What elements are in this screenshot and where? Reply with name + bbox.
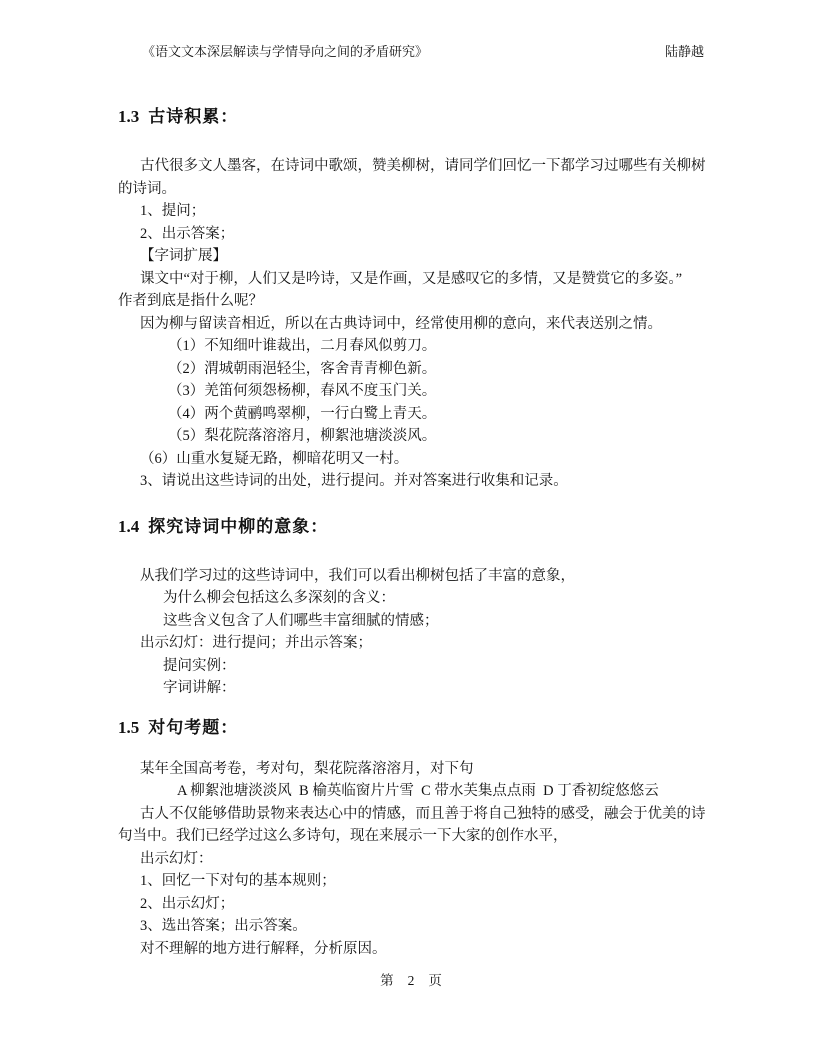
- section-1-5-body: 某年全国高考卷，考对句，梨花院落溶溶月，对下句 A 柳絮池塘淡淡风 B 榆英临窗…: [118, 758, 704, 961]
- section-heading-1-4: 1.4探究诗词中柳的意象：: [118, 516, 704, 538]
- text-line: 古人不仅能够借助景物来表达心中的情感，而且善于将自己独特的感受，融会于优美的诗: [118, 803, 704, 826]
- text-line: 2、出示答案；: [118, 223, 704, 246]
- text-line: 1、提问；: [118, 200, 704, 223]
- poem-line: （4）两个黄鹂鸣翠柳，一行白鹭上青天。: [118, 403, 704, 426]
- text-line: 从我们学习过的这些诗词中，我们可以看出柳树包括了丰富的意象，: [118, 565, 704, 588]
- poem-line: （3）羌笛何须怨杨柳，春风不度玉门关。: [118, 380, 704, 403]
- text-line: 出示幻灯：进行提问；并出示答案；: [118, 632, 704, 655]
- text-line: 字词讲解：: [118, 677, 704, 700]
- section-number: 1.3: [118, 107, 139, 126]
- poem-line: （2）渭城朝雨浥轻尘，客舍青青柳色新。: [118, 358, 704, 381]
- poem-line: （5）梨花院落溶溶月，柳絮池塘淡淡风。: [118, 425, 704, 448]
- poem-line: （6）山重水复疑无路，柳暗花明又一村。: [118, 448, 704, 471]
- text-line: 出示幻灯：: [118, 848, 704, 871]
- text-line: 2、出示幻灯；: [118, 893, 704, 916]
- text-line: 因为柳与留读音相近，所以在古典诗词中，经常使用柳的意向，来代表送别之情。: [118, 313, 704, 336]
- header-author: 陆静越: [665, 44, 704, 59]
- text-line: 1、回忆一下对句的基本规则；: [118, 870, 704, 893]
- text-line: 3、请说出这些诗词的出处，进行提问。并对答案进行收集和记录。: [118, 470, 704, 493]
- section-number: 1.4: [118, 517, 139, 536]
- text-line: 古代很多文人墨客，在诗词中歌颂，赞美柳树，请同学们回忆一下都学习过哪些有关柳树: [118, 155, 704, 178]
- section-1-4-body: 从我们学习过的这些诗词中，我们可以看出柳树包括了丰富的意象， 为什么柳会包括这么…: [118, 565, 704, 700]
- section-1-3-body: 古代很多文人墨客，在诗词中歌颂，赞美柳树，请同学们回忆一下都学习过哪些有关柳树 …: [118, 155, 704, 493]
- section-title: 对句考题：: [148, 718, 238, 737]
- section-heading-1-3: 1.3古诗积累：: [118, 106, 704, 128]
- section-title: 探究诗词中柳的意象：: [148, 517, 328, 536]
- page-number: 2: [408, 973, 415, 988]
- section-heading-1-5: 1.5对句考题：: [118, 717, 704, 739]
- section-title: 古诗积累：: [148, 107, 238, 126]
- text-line: 的诗词。: [118, 178, 704, 201]
- page-header: 《语文文本深层解读与学情导向之间的矛盾研究》 陆静越: [118, 44, 704, 59]
- choice-options-line: A 柳絮池塘淡淡风 B 榆英临窗片片雪 C 带水芙集点点雨 D 丁香初绽悠悠云: [118, 780, 704, 803]
- text-line: 句当中。我们已经学过这么多诗句，现在来展示一下大家的创作水平，: [118, 825, 704, 848]
- text-line: 3、选出答案；出示答案。: [118, 915, 704, 938]
- text-line: 这些含义包含了人们哪些丰富细腻的情感；: [118, 610, 704, 633]
- footer-suffix: 页: [428, 973, 442, 988]
- text-line: 某年全国高考卷，考对句，梨花院落溶溶月，对下句: [118, 758, 704, 781]
- text-line: 课文中“对于柳，人们又是吟诗，又是作画，又是感叹它的多情，又是赞赏它的多姿。”: [118, 268, 704, 291]
- section-number: 1.5: [118, 718, 139, 737]
- text-line: 提问实例：: [118, 655, 704, 678]
- header-title: 《语文文本深层解读与学情导向之间的矛盾研究》: [142, 44, 428, 59]
- text-line: 作者到底是指什么呢？: [118, 290, 704, 313]
- document-page: 《语文文本深层解读与学情导向之间的矛盾研究》 陆静越 1.3古诗积累： 古代很多…: [0, 0, 816, 1056]
- poem-line: （1）不知细叶谁裁出，二月春风似剪刀。: [118, 335, 704, 358]
- text-line: 为什么柳会包括这么多深刻的含义：: [118, 587, 704, 610]
- page-footer: 第2页: [118, 973, 704, 989]
- footer-prefix: 第: [380, 973, 394, 988]
- text-line: 对不理解的地方进行解释，分析原因。: [118, 938, 704, 961]
- text-line: 【字词扩展】: [118, 245, 704, 268]
